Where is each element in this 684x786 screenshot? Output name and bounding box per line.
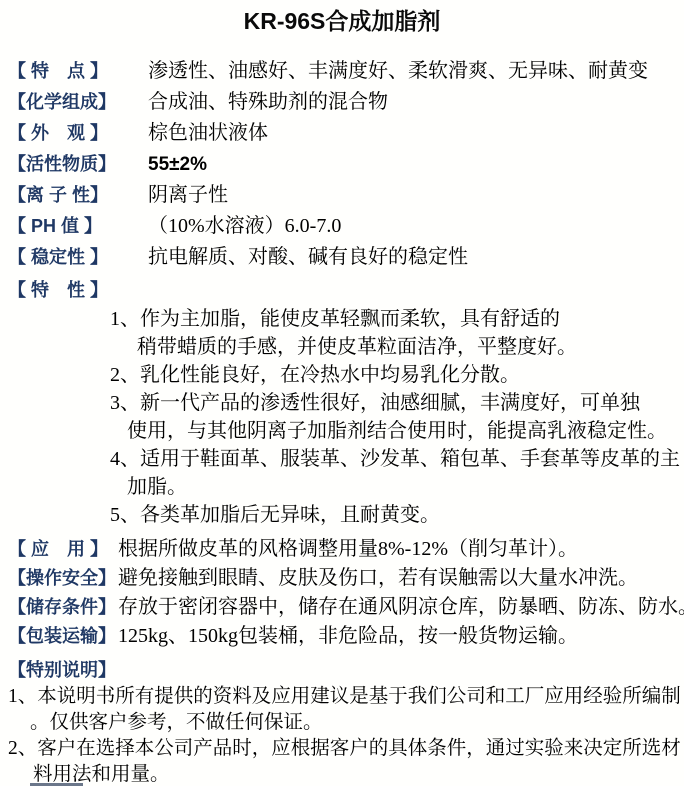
list-item: 5、各类革加脂后无异味，且耐黄变。 (0, 501, 684, 529)
row-features: 【 特 点 】 渗透性、油感好、丰满度好、柔软滑爽、无异味、耐黄变 (0, 56, 684, 87)
spec-value: 根据所做皮革的风格调整用量8%-12%（削匀革计）。 (118, 535, 578, 564)
list-item-continuation: 使用，与其他阴离子加脂剂结合使用时，能提高乳液稳定性。 (0, 417, 684, 445)
spec-value: 存放于密闭容器中，储存在通风阴凉仓库，防暴晒、防冻、防水。 (118, 593, 684, 622)
list-item-continuation: 稍带蜡质的手感，并使皮革粒面洁净，平整度好。 (0, 333, 684, 361)
row-active-content: 【活性物质】 55±2% (0, 149, 684, 180)
spec-value: 抗电解质、对酸、碱有良好的稳定性 (148, 242, 468, 273)
list-item: 3、新一代产品的渗透性很好，油感细腻，丰满度好，可单独 (0, 389, 684, 417)
spec-label: 【 稳定性 】 (0, 242, 148, 273)
row-stability: 【 稳定性 】 抗电解质、对酸、碱有良好的稳定性 (0, 242, 684, 273)
spec-label: 【包装运输】 (0, 622, 118, 651)
row-ph-value: 【 PH 值 】 （10%水溶液）6.0-7.0 (0, 211, 684, 242)
spec-value: 55±2% (148, 149, 207, 180)
section-label-special-notes: 【特别说明】 (0, 657, 684, 684)
spec-label: 【 外 观 】 (0, 118, 148, 149)
list-item: 2、乳化性能良好，在冷热水中均易乳化分散。 (0, 361, 684, 389)
row-ionicity: 【离 子 性】 阴离子性 (0, 180, 684, 211)
spec-table: 【 特 点 】 渗透性、油感好、丰满度好、柔软滑爽、无异味、耐黄变 【化学组成】… (0, 56, 684, 273)
spec-label: 【化学组成】 (0, 87, 148, 118)
note-item-continuation: 料用法和用量。 (0, 762, 684, 786)
spec-value: 棕色油状液体 (148, 118, 268, 149)
row-storage-conditions: 【储存条件】 存放于密闭容器中，储存在通风阴凉仓库，防暴晒、防冻、防水。 (0, 593, 684, 622)
list-item-continuation: 加脂。 (0, 473, 684, 501)
spec-value: 合成油、特殊助剂的混合物 (148, 87, 388, 118)
row-packing-transport: 【包装运输】 125kg、150kg包装桶，非危险品，按一般货物运输。 (0, 622, 684, 651)
spec-value: 避免接触到眼睛、皮肤及伤口，若有误触需以大量水冲洗。 (118, 564, 638, 593)
note-item: 1、本说明书所有提供的资料及应用建议是基于我们公司和工厂应用经验所编制 (0, 684, 684, 710)
spec-label: 【离 子 性】 (0, 180, 148, 211)
spec-value: 渗透性、油感好、丰满度好、柔软滑爽、无异味、耐黄变 (148, 56, 648, 87)
spec-value: 125kg、150kg包装桶，非危险品，按一般货物运输。 (118, 622, 578, 651)
note-item-continuation: 。仅供客户参考，不做任何保证。 (0, 710, 684, 736)
list-item: 1、作为主加脂，能使皮革轻飘而柔软，具有舒适的 (0, 305, 684, 333)
list-item: 4、适用于鞋面革、服装革、沙发革、箱包革、手套革等皮革的主 (0, 445, 684, 473)
note-item: 2、客户在选择本公司产品时，应根据客户的具体条件，通过实验来决定所选材 (0, 736, 684, 762)
spec-label: 【 特 点 】 (0, 56, 148, 87)
row-composition: 【化学组成】 合成油、特殊助剂的混合物 (0, 87, 684, 118)
section-label-properties: 【 特 性 】 (0, 276, 684, 305)
row-handling-safety: 【操作安全】 避免接触到眼睛、皮肤及伤口，若有误触需以大量水冲洗。 (0, 564, 684, 593)
spec-value: 阴离子性 (148, 180, 228, 211)
spec-label: 【 应 用 】 (0, 535, 118, 564)
row-application: 【 应 用 】 根据所做皮革的风格调整用量8%-12%（削匀革计）。 (0, 535, 684, 564)
special-notes-list: 1、本说明书所有提供的资料及应用建议是基于我们公司和工厂应用经验所编制 。仅供客… (0, 684, 684, 786)
page-title: KR-96S合成加脂剂 (0, 0, 684, 39)
product-spec-document: KR-96S合成加脂剂 【 特 点 】 渗透性、油感好、丰满度好、柔软滑爽、无异… (0, 0, 684, 786)
spec-label: 【储存条件】 (0, 593, 118, 622)
spec-label: 【活性物质】 (0, 149, 148, 180)
properties-list: 1、作为主加脂，能使皮革轻飘而柔软，具有舒适的 稍带蜡质的手感，并使皮革粒面洁净… (0, 305, 684, 529)
row-appearance: 【 外 观 】 棕色油状液体 (0, 118, 684, 149)
spec-label: 【操作安全】 (0, 564, 118, 593)
spec-label: 【 PH 值 】 (0, 211, 148, 242)
spec-value: （10%水溶液）6.0-7.0 (148, 211, 341, 242)
usage-table: 【 应 用 】 根据所做皮革的风格调整用量8%-12%（削匀革计）。 【操作安全… (0, 535, 684, 651)
